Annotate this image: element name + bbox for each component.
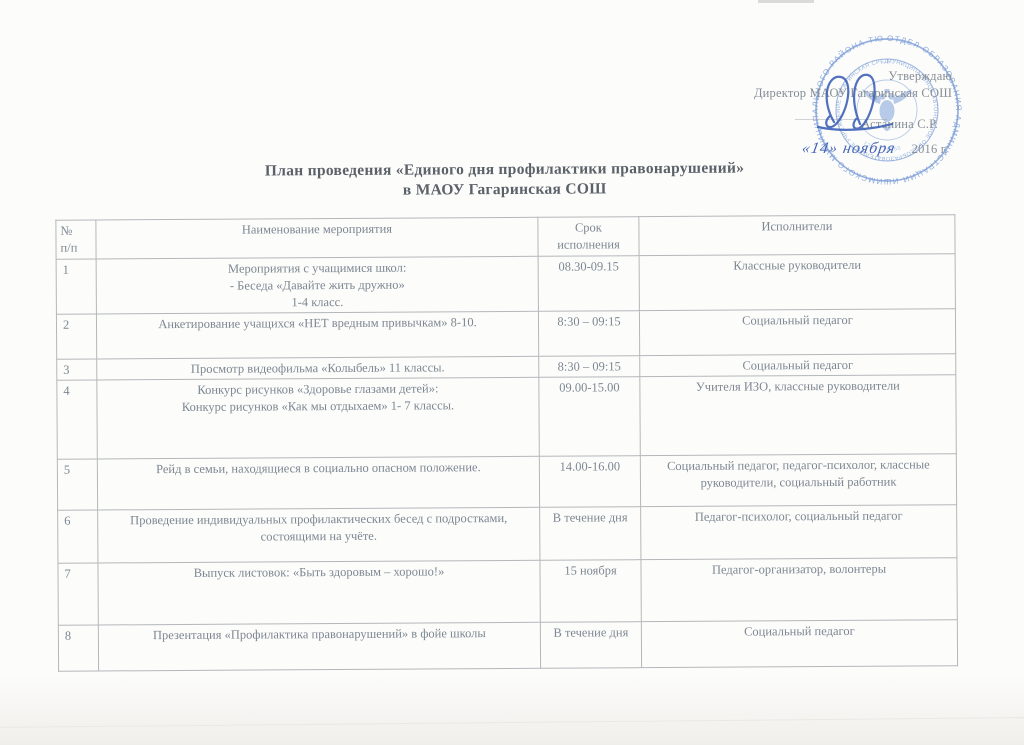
scan-artifact-line <box>0 717 1024 728</box>
executors-cell: Педагог-психолог, социальный педагог <box>641 505 957 560</box>
table-row: 1Мероприятия с учащимися школ: - Беседа … <box>56 254 955 314</box>
time-cell: 09.00-15.00 <box>539 377 640 457</box>
executors-cell: Социальный педагог, педагог-психолог, кл… <box>640 454 956 507</box>
table-row: 2Анкетирование учащихся «НЕТ вредным при… <box>56 309 955 359</box>
activity-cell: Просмотр видеофильма «Колыбель» 11 класс… <box>97 356 539 380</box>
plan-table-header: № п/п Наименование мероприятия Срок испо… <box>56 215 955 259</box>
row-number-cell: 4 <box>57 380 97 459</box>
executors-cell: Социальный педагог <box>639 309 955 356</box>
time-cell: 15 ноября <box>540 560 641 623</box>
table-row: 5Рейд в семьи, находящиеся в социально о… <box>57 454 956 510</box>
activity-cell: Анкетирование учащихся «НЕТ вредным прив… <box>96 311 538 359</box>
printed-year: 2016 г. <box>912 142 948 156</box>
table-row: 7Выпуск листовок: «Быть здоровым – хорош… <box>58 558 957 625</box>
title-line-2: в МАОУ Гагаринская СОШ <box>403 180 607 198</box>
time-cell: 8:30 – 09:15 <box>539 356 640 378</box>
scan-artifact-bottom <box>0 675 1024 745</box>
time-cell: 08.30-09.15 <box>538 256 639 312</box>
table-row: 4Конкурс рисунков «Здоровье глазами дете… <box>57 375 956 459</box>
document-page: ОТДЕЛ ОБРАЗОВАНИЯ АДМИНИСТРАЦИИ ИШИМСКОГ… <box>0 0 1024 745</box>
row-number-cell: 2 <box>56 314 96 359</box>
activity-cell: Презентация «Профилактика правонарушений… <box>98 622 540 671</box>
time-cell: В течение дня <box>540 622 641 669</box>
director-name: Астанина С.Р. <box>612 116 952 132</box>
header-time: Срок исполнения <box>538 217 639 257</box>
approval-word: Утверждаю <box>612 68 952 84</box>
approval-block: Утверждаю Директор МАОУ Гагаринская СОШ … <box>612 68 952 157</box>
header-executors: Исполнители <box>639 215 955 256</box>
director-signature <box>812 66 898 138</box>
activity-cell: Проведение индивидуальных профилактическ… <box>98 507 540 563</box>
activity-cell: Мероприятия с учащимися школ: - Беседа «… <box>96 256 538 314</box>
executors-cell: Социальный педагог <box>640 354 956 377</box>
time-cell: В течение дня <box>540 507 641 561</box>
row-number-cell: 6 <box>58 510 98 563</box>
executors-cell: Учителя ИЗО, классные руководители <box>640 375 956 456</box>
scan-artifact-top <box>758 0 814 3</box>
plan-table-body: 1Мероприятия с учащимися школ: - Беседа … <box>56 254 958 671</box>
director-title: Директор МАОУ Гагаринская СОШ <box>612 85 952 101</box>
document-content: План проведения «Единого дня профилактик… <box>55 157 957 671</box>
title-line-1: План проведения «Единого дня профилактик… <box>265 160 744 180</box>
executors-cell: Классные руководители <box>639 254 955 311</box>
plan-table: № п/п Наименование мероприятия Срок испо… <box>55 214 958 671</box>
time-cell: 14.00-16.00 <box>539 456 640 508</box>
row-number-cell: 1 <box>56 259 96 314</box>
header-activity: Наименование мероприятия <box>96 217 538 259</box>
executors-cell: Педагог-организатор, волонтеры <box>641 558 957 622</box>
table-row: 8Презентация «Профилактика правонарушени… <box>58 620 957 671</box>
activity-cell: Конкурс рисунков «Здоровье глазами детей… <box>97 377 539 459</box>
row-number-cell: 7 <box>58 563 98 625</box>
handwritten-date: «14» ноября <box>801 141 897 157</box>
approval-date-line: «14» ноября2016 г. <box>612 141 952 157</box>
time-cell: 8:30 – 09:15 <box>538 311 639 357</box>
executors-cell: Социальный педагог <box>641 620 957 668</box>
row-number-cell: 5 <box>57 459 97 510</box>
table-row: 6Проведение индивидуальных профилактичес… <box>58 505 957 563</box>
activity-cell: Рейд в семьи, находящиеся в социально оп… <box>97 456 539 510</box>
header-number: № п/п <box>56 220 96 259</box>
activity-cell: Выпуск листовок: «Быть здоровым – хорошо… <box>98 560 540 625</box>
header-row: № п/п Наименование мероприятия Срок испо… <box>56 215 955 259</box>
row-number-cell: 3 <box>57 359 97 380</box>
row-number-cell: 8 <box>58 625 98 671</box>
